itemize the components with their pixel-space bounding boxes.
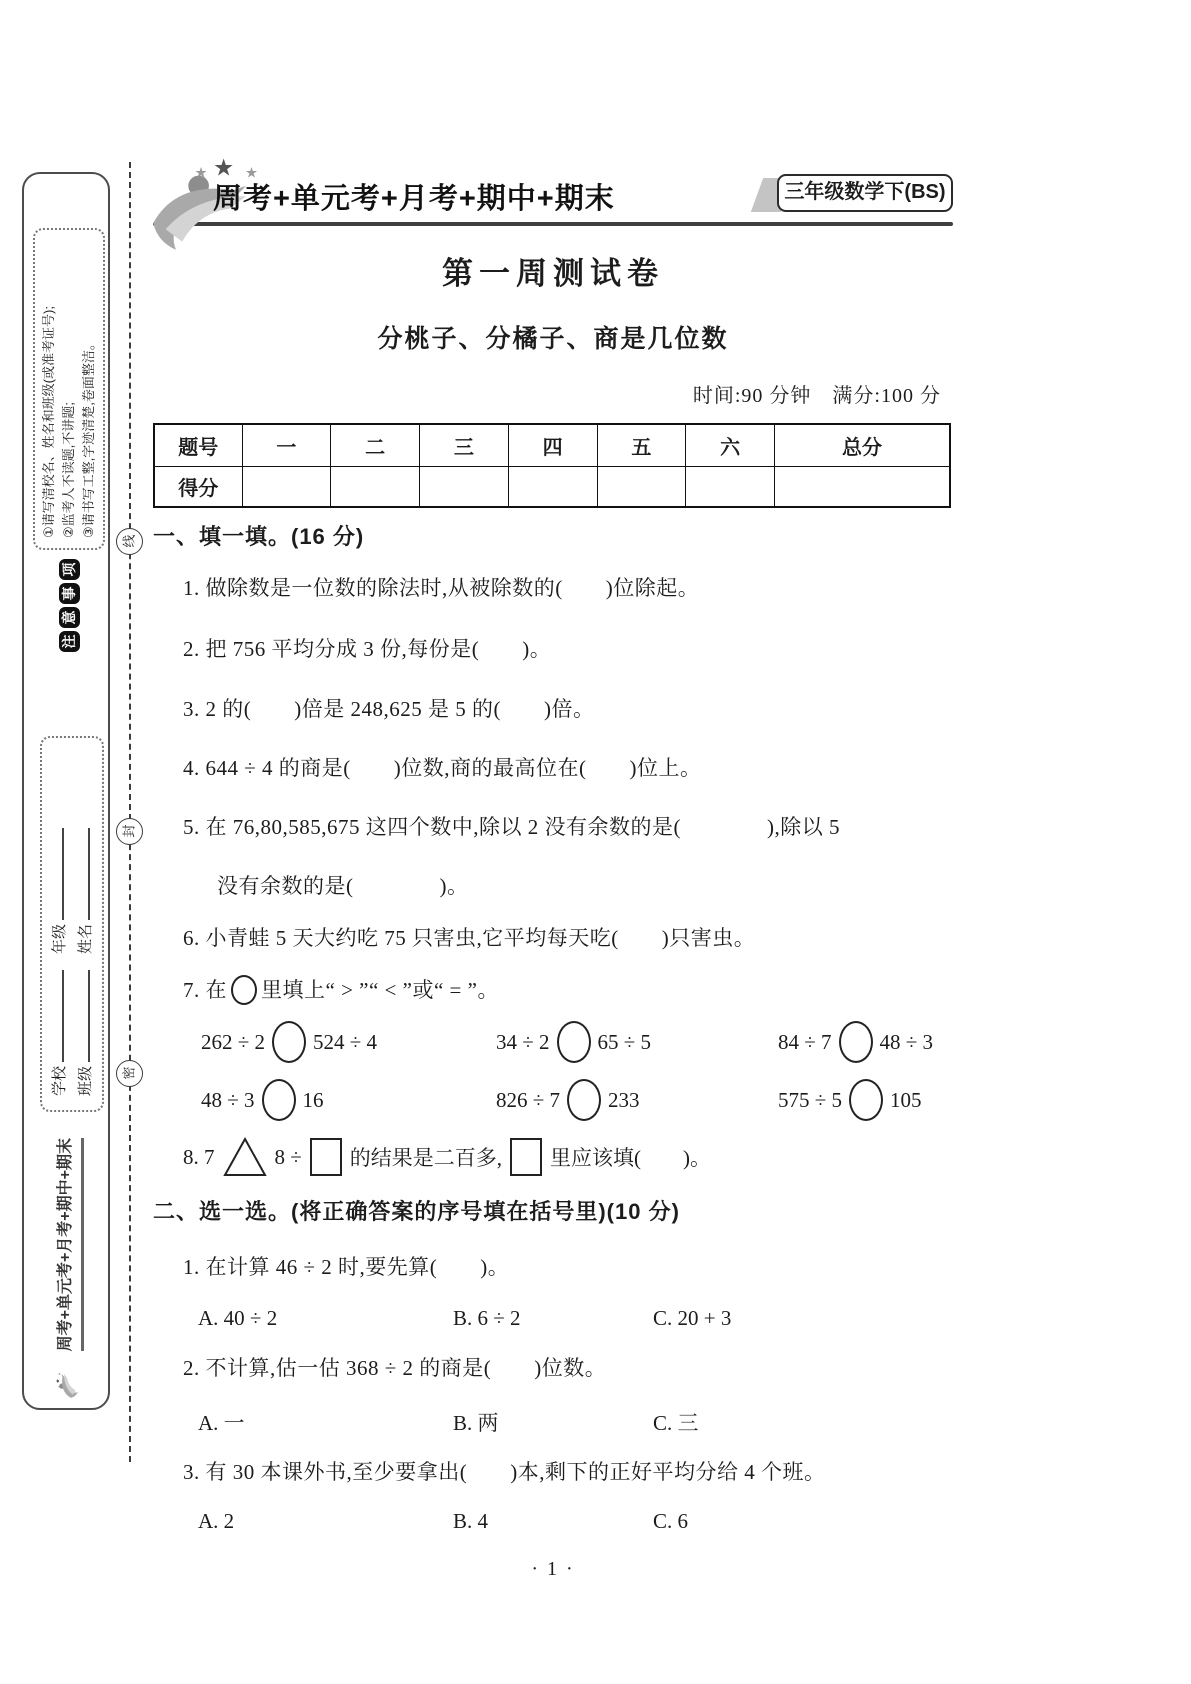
class-blank	[77, 970, 90, 1062]
score-col: 三	[420, 424, 509, 466]
question-4: 4. 644 ÷ 4 的商是( )位数,商的最高位在( )位上。	[153, 753, 953, 783]
score-col: 五	[597, 424, 686, 466]
question-5-line2: 没有余数的是( )。	[153, 871, 953, 901]
exam-paper-page: 注 意 事 项 ①请写清校名、姓名和班级(或准考证号); ②监考人不读题,不讲题…	[0, 0, 1191, 1684]
comparison-circle	[262, 1079, 296, 1121]
comparison-circle	[567, 1079, 601, 1121]
score-cell	[242, 466, 331, 507]
option-c: C. 6	[653, 1509, 688, 1534]
school-blank	[51, 970, 64, 1062]
question-5-line1: 5. 在 76,80,585,675 这四个数中,除以 2 没有余数的是( ),…	[153, 812, 953, 842]
option-a: A. 40 ÷ 2	[198, 1306, 453, 1331]
score-col: 六	[686, 424, 775, 466]
section2-q1-options: A. 40 ÷ 2 B. 6 ÷ 2 C. 20 + 3	[153, 1306, 953, 1331]
edition-badge: 三年级数学下(BS)	[777, 174, 953, 212]
option-a: A. 2	[198, 1509, 453, 1534]
score-cell	[331, 466, 420, 507]
triangle-shape	[223, 1136, 267, 1178]
fields-line-1: 学校年级	[47, 752, 73, 1096]
section-1-heading: 一、填一填。(16 分)	[153, 520, 953, 551]
section2-q3-options: A. 2 B. 4 C. 6	[153, 1509, 953, 1534]
svg-text:★: ★	[57, 1372, 61, 1375]
notice-notes-box: ①请写清校名、姓名和班级(或准考证号); ②监考人不读题,不讲题; ③请书写工整…	[33, 228, 105, 550]
section2-question-1: 1. 在计算 46 ÷ 2 时,要先算( )。	[153, 1252, 953, 1282]
score-col: 总分	[775, 424, 951, 466]
notice-note-line: ①请写清校名、姓名和班级(或准考证号);	[39, 240, 59, 538]
paper-subtitle: 分桃子、分橘子、商是几位数	[153, 319, 953, 355]
comparison-item: 34 ÷ 265 ÷ 5	[496, 1021, 778, 1063]
question-7-suffix: 里填上“ > ”“ < ”或“ = ”。	[261, 978, 499, 1002]
section-2-heading: 二、选一选。(将正确答案的序号填在括号里)(10 分)	[153, 1195, 953, 1226]
sidebar-notice-section: 注 意 事 项 ①请写清校名、姓名和班级(或准考证号); ②监考人不读题,不讲题…	[31, 228, 107, 652]
score-cell	[686, 466, 775, 507]
notice-badge-char: 注	[59, 631, 80, 652]
main-content: ★ ★ ★ 周考+单元考+月考+期中+期末 三年级数学下(BS) 第一周测试卷 …	[153, 168, 953, 1581]
square-shape	[310, 1138, 342, 1176]
score-table-score-row: 得分	[154, 466, 950, 507]
school-label: 学校	[51, 1066, 68, 1096]
option-c: C. 20 + 3	[653, 1306, 731, 1331]
score-col: 四	[508, 424, 597, 466]
score-row-label: 得分	[154, 466, 242, 507]
section2-q2-options: A. 一 B. 两 C. 三	[153, 1407, 953, 1437]
notice-note-line: ③请书写工整,字迹清楚,卷面整洁。	[79, 240, 99, 538]
notice-badge-char: 意	[59, 607, 80, 628]
circle-shape	[231, 975, 257, 1005]
page-header: ★ ★ ★ 周考+单元考+月考+期中+期末 三年级数学下(BS)	[153, 168, 953, 218]
seal-char-feng: 封	[116, 818, 143, 845]
grade-blank	[51, 828, 64, 920]
score-cell	[508, 466, 597, 507]
comparison-circle	[849, 1079, 883, 1121]
class-label: 班级	[77, 1066, 94, 1096]
fields-line-2: 班级姓名	[73, 752, 99, 1096]
question-3: 3. 2 的( )倍是 248,625 是 5 的( )倍。	[153, 694, 953, 724]
comparison-circle	[557, 1021, 591, 1063]
section2-question-3: 3. 有 30 本课外书,至少要拿出( )本,剩下的正好平均分给 4 个班。	[153, 1457, 953, 1487]
score-table-header-row: 题号 一 二 三 四 五 六 总分	[154, 424, 950, 466]
score-table: 题号 一 二 三 四 五 六 总分 得分	[153, 423, 951, 508]
section2-question-2: 2. 不计算,估一估 368 ÷ 2 的商是( )位数。	[153, 1353, 953, 1383]
score-table-corner: 题号	[154, 424, 242, 466]
comparison-item: 262 ÷ 2524 ÷ 4	[201, 1021, 496, 1063]
sidebar-student-fields: 学校年级 班级姓名	[40, 736, 104, 1112]
notice-badge: 注 意 事 项	[59, 559, 80, 652]
student-fields-box: 学校年级 班级姓名	[40, 736, 104, 1112]
notice-badge-char: 项	[59, 559, 80, 580]
sidebar-series-footer: ★ ★ ★ 周考+单元考+月考+期中+期末	[26, 1138, 110, 1400]
option-a: A. 一	[198, 1407, 453, 1437]
comparison-row-1: 262 ÷ 2524 ÷ 4 34 ÷ 265 ÷ 5 84 ÷ 748 ÷ 3	[153, 1019, 953, 1065]
comparison-row-2: 48 ÷ 316 826 ÷ 7233 575 ÷ 5105	[153, 1077, 953, 1123]
score-cell	[420, 466, 509, 507]
name-blank	[77, 828, 90, 920]
question-7-prefix: 7. 在	[183, 978, 227, 1002]
time-score-meta: 时间:90 分钟 满分:100 分	[153, 379, 953, 408]
grade-label: 年级	[51, 924, 68, 954]
series-title: 周考+单元考+月考+期中+期末	[213, 176, 615, 217]
option-c: C. 三	[653, 1407, 699, 1437]
svg-text:★: ★	[55, 1378, 62, 1383]
comparison-item: 48 ÷ 316	[201, 1079, 496, 1121]
notice-badge-char: 事	[59, 583, 80, 604]
name-label: 姓名	[77, 924, 94, 954]
notice-note-line: ②监考人不读题,不讲题;	[59, 240, 79, 538]
option-b: B. 两	[453, 1407, 653, 1437]
series-footer-text: 周考+单元考+月考+期中+期末	[52, 1138, 84, 1351]
score-cell	[597, 466, 686, 507]
option-b: B. 6 ÷ 2	[453, 1306, 653, 1331]
question-6: 6. 小青蛙 5 天大约吃 75 只害虫,它平均每天吃( )只害虫。	[153, 923, 953, 953]
page-number: · 1 ·	[153, 1558, 953, 1581]
option-b: B. 4	[453, 1509, 653, 1534]
comparison-item: 826 ÷ 7233	[496, 1079, 778, 1121]
comparison-item: 575 ÷ 5105	[778, 1079, 922, 1121]
question-1: 1. 做除数是一位数的除法时,从被除数的( )位除起。	[153, 573, 953, 603]
comparison-item: 84 ÷ 748 ÷ 3	[778, 1021, 933, 1063]
seal-char-mi: 密	[116, 1060, 143, 1087]
score-col: 二	[331, 424, 420, 466]
comparison-circle	[839, 1021, 873, 1063]
score-col: 一	[242, 424, 331, 466]
brand-logo-icon: ★ ★ ★	[39, 1357, 97, 1400]
seal-char-line: 线	[116, 528, 143, 555]
score-cell	[775, 466, 951, 507]
question-2: 2. 把 756 平均分成 3 份,每份是( )。	[153, 634, 953, 664]
square-shape	[510, 1138, 542, 1176]
comparison-circle	[272, 1021, 306, 1063]
seal-dashed-line	[129, 162, 131, 1462]
question-7-stem: 7. 在里填上“ > ”“ < ”或“ = ”。	[153, 969, 953, 1011]
question-8: 8. 7 8 ÷ 的结果是二百多, 里应该填( )。	[153, 1133, 953, 1181]
